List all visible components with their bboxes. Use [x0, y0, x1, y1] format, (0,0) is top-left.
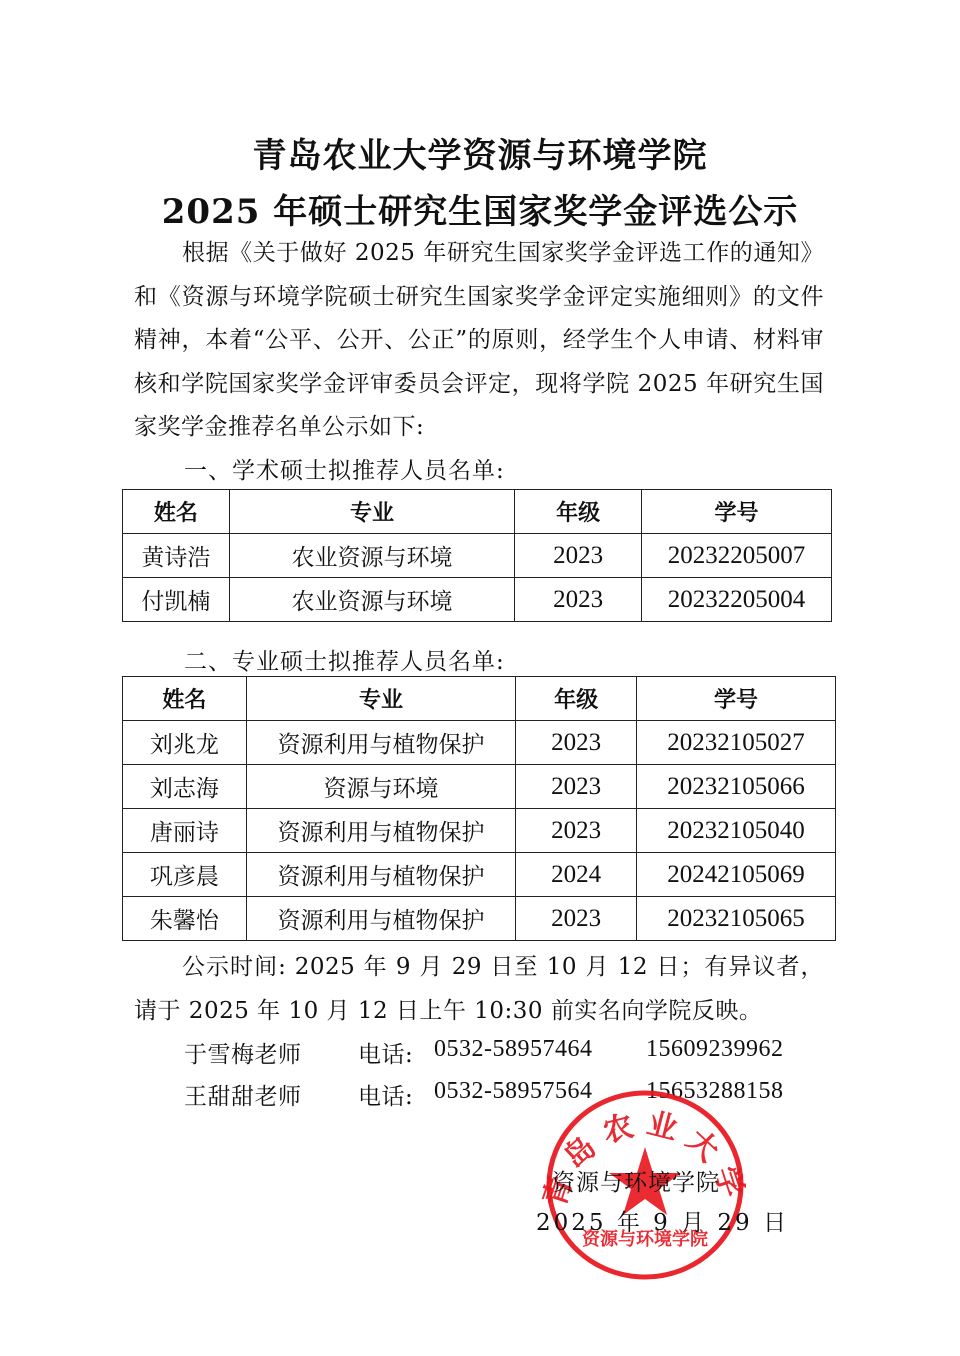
academic-masters-table: 姓名 专业 年级 学号 黄诗浩 农业资源与环境 2023 20232205007… — [122, 489, 832, 622]
cell-name: 付凯楠 — [123, 578, 230, 622]
header-grade: 年级 — [515, 490, 642, 534]
cell-grade: 2023 — [516, 721, 637, 765]
cell-name: 黄诗浩 — [123, 534, 230, 578]
cell-grade: 2023 — [515, 578, 642, 622]
signoff-date: 2025 年 9 月 29 日 — [536, 1204, 789, 1237]
cell-student-id: 20242105069 — [637, 853, 836, 897]
cell-student-id: 20232105066 — [637, 765, 836, 809]
contact-mobile: 15609239962 — [646, 1036, 784, 1063]
cell-grade: 2023 — [515, 534, 642, 578]
cell-student-id: 20232105065 — [637, 897, 836, 941]
table-row: 刘志海 资源与环境 2023 20232105066 — [123, 765, 836, 809]
cell-student-id: 20232105040 — [637, 809, 836, 853]
header-student-id: 学号 — [642, 490, 832, 534]
header-major: 专业 — [246, 677, 515, 721]
cell-major: 资源利用与植物保护 — [246, 897, 515, 941]
cell-major: 农业资源与环境 — [229, 534, 514, 578]
cell-major: 资源与环境 — [246, 765, 515, 809]
cell-student-id: 20232205007 — [642, 534, 832, 578]
header-grade: 年级 — [516, 677, 637, 721]
section-professional-label: 二、专业硕士拟推荐人员名单: — [184, 643, 505, 676]
contact-name: 于雪梅老师 — [184, 1036, 302, 1069]
cell-major: 资源利用与植物保护 — [246, 853, 515, 897]
header-name: 姓名 — [123, 677, 247, 721]
cell-student-id: 20232105027 — [637, 721, 836, 765]
header-major: 专业 — [229, 490, 514, 534]
notice-paragraph: 公示时间: 2025 年 9 月 29 日至 10 月 12 日；有异议者，请于… — [134, 946, 824, 1033]
document-title-line2: 2025 年硕士研究生国家奖学金评选公示 — [0, 184, 960, 233]
cell-grade: 2023 — [516, 765, 637, 809]
header-student-id: 学号 — [637, 677, 836, 721]
table-row: 朱馨怡 资源利用与植物保护 2023 20232105065 — [123, 897, 836, 941]
intro-paragraph: 根据《关于做好 2025 年研究生国家奖学金评选工作的通知》和《资源与环境学院硕… — [134, 232, 824, 450]
cell-grade: 2023 — [516, 809, 637, 853]
cell-name: 朱馨怡 — [123, 897, 247, 941]
table-row: 刘兆龙 资源利用与植物保护 2023 20232105027 — [123, 721, 836, 765]
contact-tel-label: 电话: — [358, 1078, 413, 1111]
document-page: 青岛农业大学资源与环境学院 2025 年硕士研究生国家奖学金评选公示 根据《关于… — [0, 0, 960, 1356]
table-row: 付凯楠 农业资源与环境 2023 20232205004 — [123, 578, 832, 622]
cell-name: 刘兆龙 — [123, 721, 247, 765]
table-row: 巩彦晨 资源利用与植物保护 2024 20242105069 — [123, 853, 836, 897]
contact-name: 王甜甜老师 — [184, 1078, 302, 1111]
signoff-organization: 资源与环境学院 — [552, 1164, 720, 1197]
table-header-row: 姓名 专业 年级 学号 — [123, 490, 832, 534]
table-row: 黄诗浩 农业资源与环境 2023 20232205007 — [123, 534, 832, 578]
header-name: 姓名 — [123, 490, 230, 534]
cell-name: 唐丽诗 — [123, 809, 247, 853]
cell-name: 巩彦晨 — [123, 853, 247, 897]
document-title-line1: 青岛农业大学资源与环境学院 — [0, 128, 960, 177]
cell-major: 农业资源与环境 — [229, 578, 514, 622]
contact-tel: 0532-58957464 — [434, 1036, 593, 1063]
contact-tel-label: 电话: — [358, 1036, 413, 1069]
cell-student-id: 20232205004 — [642, 578, 832, 622]
cell-name: 刘志海 — [123, 765, 247, 809]
professional-masters-table: 姓名 专业 年级 学号 刘兆龙 资源利用与植物保护 2023 202321050… — [122, 676, 836, 941]
section-academic-label: 一、学术硕士拟推荐人员名单: — [184, 452, 505, 485]
table-header-row: 姓名 专业 年级 学号 — [123, 677, 836, 721]
cell-major: 资源利用与植物保护 — [246, 721, 515, 765]
cell-grade: 2024 — [516, 853, 637, 897]
table-row: 唐丽诗 资源利用与植物保护 2023 20232105040 — [123, 809, 836, 853]
cell-grade: 2023 — [516, 897, 637, 941]
cell-major: 资源利用与植物保护 — [246, 809, 515, 853]
